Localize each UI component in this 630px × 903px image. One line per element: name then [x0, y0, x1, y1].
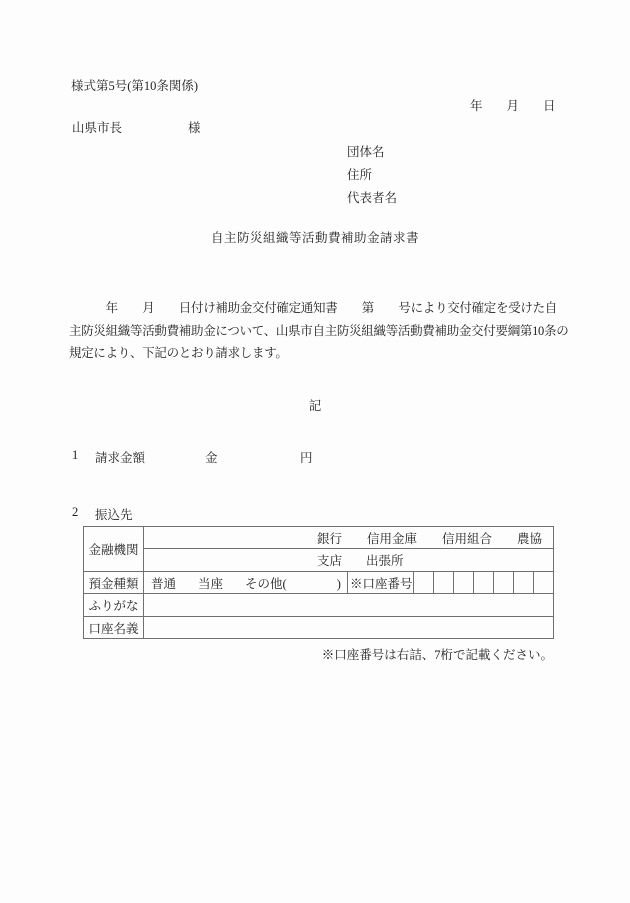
body-line-2: 主防災組織等活動費補助金について、山県市自主防災組織等活動費補助金交付要綱第10…	[69, 320, 569, 343]
claim-item-number: 1	[72, 448, 78, 463]
sender-organization-label: 団体名	[347, 141, 397, 164]
addressee-line: 山県市長様	[72, 118, 201, 136]
date-line: 年 月 日	[470, 96, 556, 114]
body-paragraph: 年 月 日付け補助金交付確定通知書 第 号により交付確定を受けた自 主防災組織等…	[69, 297, 569, 365]
bank-option-agri-coop: 農協	[517, 529, 542, 547]
account-digit-cell-7	[534, 572, 554, 594]
branch-option-branch: 支店	[317, 551, 342, 569]
deposit-option-other: その他( )	[245, 574, 341, 592]
claim-currency-suffix: 円	[300, 448, 313, 466]
deposit-type-options: 普通 当座 その他( )	[144, 574, 347, 592]
bank-option-shinkin: 信用金庫	[367, 529, 417, 547]
claim-item-label: 請求金額	[95, 448, 145, 466]
body-line-1: 年 月 日付け補助金交付確定通知書 第 号により交付確定を受けた自	[69, 297, 569, 320]
transfer-table: 金融機関 銀行 信用金庫 信用組合 農協 支店 出張所	[83, 526, 554, 639]
deposit-type-label: 預金種類	[84, 572, 144, 594]
account-digit-cell-5	[494, 572, 514, 594]
furigana-cell	[144, 594, 554, 617]
transfer-table-wrap: 金融機関 銀行 信用金庫 信用組合 農協 支店 出張所	[83, 526, 554, 639]
addressee-honorific: 様	[188, 121, 201, 135]
note-marker: 記	[0, 396, 630, 414]
date-day-label: 日	[543, 96, 556, 114]
body-line-3: 規定により、下記のとおり請求します。	[69, 342, 569, 365]
account-holder-label: 口座名義	[84, 617, 144, 639]
bank-type-options: 銀行 信用金庫 信用組合 農協	[144, 529, 553, 547]
addressee-name: 山県市長	[72, 121, 122, 135]
document-page: 様式第5号(第10条関係) 年 月 日 山県市長様 団体名 住所 代表者名 自主…	[0, 0, 630, 903]
account-digit-cell-6	[514, 572, 534, 594]
branch-option-sub-branch: 出張所	[366, 551, 404, 569]
deposit-option-ordinary: 普通	[151, 574, 176, 592]
account-holder-cell	[144, 617, 554, 639]
form-number: 様式第5号(第10条関係)	[71, 76, 198, 94]
document-title: 自主防災組織等活動費補助金請求書	[0, 228, 630, 246]
financial-institution-label: 金融機関	[84, 527, 144, 572]
sender-block: 団体名 住所 代表者名	[347, 141, 397, 210]
sender-address-label: 住所	[347, 164, 397, 187]
date-month-label: 月	[507, 96, 520, 114]
account-digit-cell-3	[454, 572, 474, 594]
account-number-footnote: ※口座番号は右詰、7桁で記載ください。	[322, 645, 553, 663]
account-digit-cell-4	[474, 572, 494, 594]
account-digit-cell-2	[434, 572, 454, 594]
branch-name-cell: 支店 出張所	[144, 549, 554, 572]
transfer-item-label: 振込先	[95, 505, 133, 523]
account-digit-cell-1	[414, 572, 434, 594]
bank-option-bank: 銀行	[317, 529, 342, 547]
transfer-item-number: 2	[72, 505, 78, 520]
date-year-label: 年	[470, 96, 483, 114]
deposit-type-cell: 普通 当座 その他( )	[144, 572, 348, 594]
deposit-option-current: 当座	[198, 574, 223, 592]
sender-representative-label: 代表者名	[347, 187, 397, 210]
furigana-label: ふりがな	[84, 594, 144, 617]
claim-currency-prefix: 金	[205, 448, 218, 466]
branch-type-options: 支店 出張所	[144, 551, 553, 569]
account-number-label: ※口座番号	[348, 572, 414, 594]
bank-option-credit-union: 信用組合	[442, 529, 492, 547]
bank-name-cell: 銀行 信用金庫 信用組合 農協	[144, 527, 554, 549]
